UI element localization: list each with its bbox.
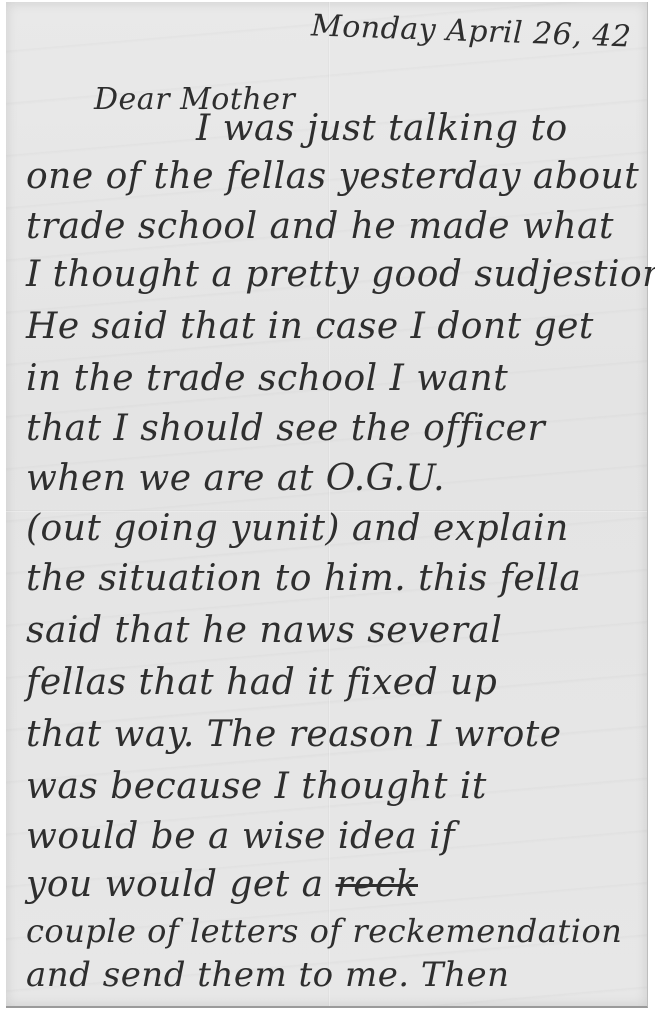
body-line: He said that in case I dont get xyxy=(26,306,594,347)
body-line: the situation to him. this fella xyxy=(26,558,581,599)
struck-out-word: reck xyxy=(336,864,419,905)
body-line-with-strikeout: you would get a reck xyxy=(26,864,418,905)
body-line: was because I thought it xyxy=(26,766,487,807)
letter-page: Monday April 26, 42 Dear Mother I was ju… xyxy=(6,2,648,1008)
body-line: I thought a pretty good sudjestion. xyxy=(26,254,655,295)
body-line: (out going yunit) and explain xyxy=(26,508,569,549)
body-line: when we are at O.G.U. xyxy=(26,458,445,499)
body-line-text: you would get a xyxy=(26,864,324,905)
body-line: that I should see the officer xyxy=(26,408,545,449)
body-line: I was just talking to xyxy=(196,108,568,149)
body-line: would be a wise idea if xyxy=(26,816,455,857)
body-line: in the trade school I want xyxy=(26,358,508,399)
body-line: one of the fellas yesterday about xyxy=(26,156,639,197)
body-line: couple of letters of reckemendation xyxy=(26,912,622,950)
body-line: fellas that had it fixed up xyxy=(26,662,497,703)
body-line: trade school and he made what xyxy=(26,206,614,247)
letter-date: Monday April 26, 42 xyxy=(310,8,632,54)
body-line: that way. The reason I wrote xyxy=(26,714,562,755)
body-line: said that he naws several xyxy=(26,610,502,651)
